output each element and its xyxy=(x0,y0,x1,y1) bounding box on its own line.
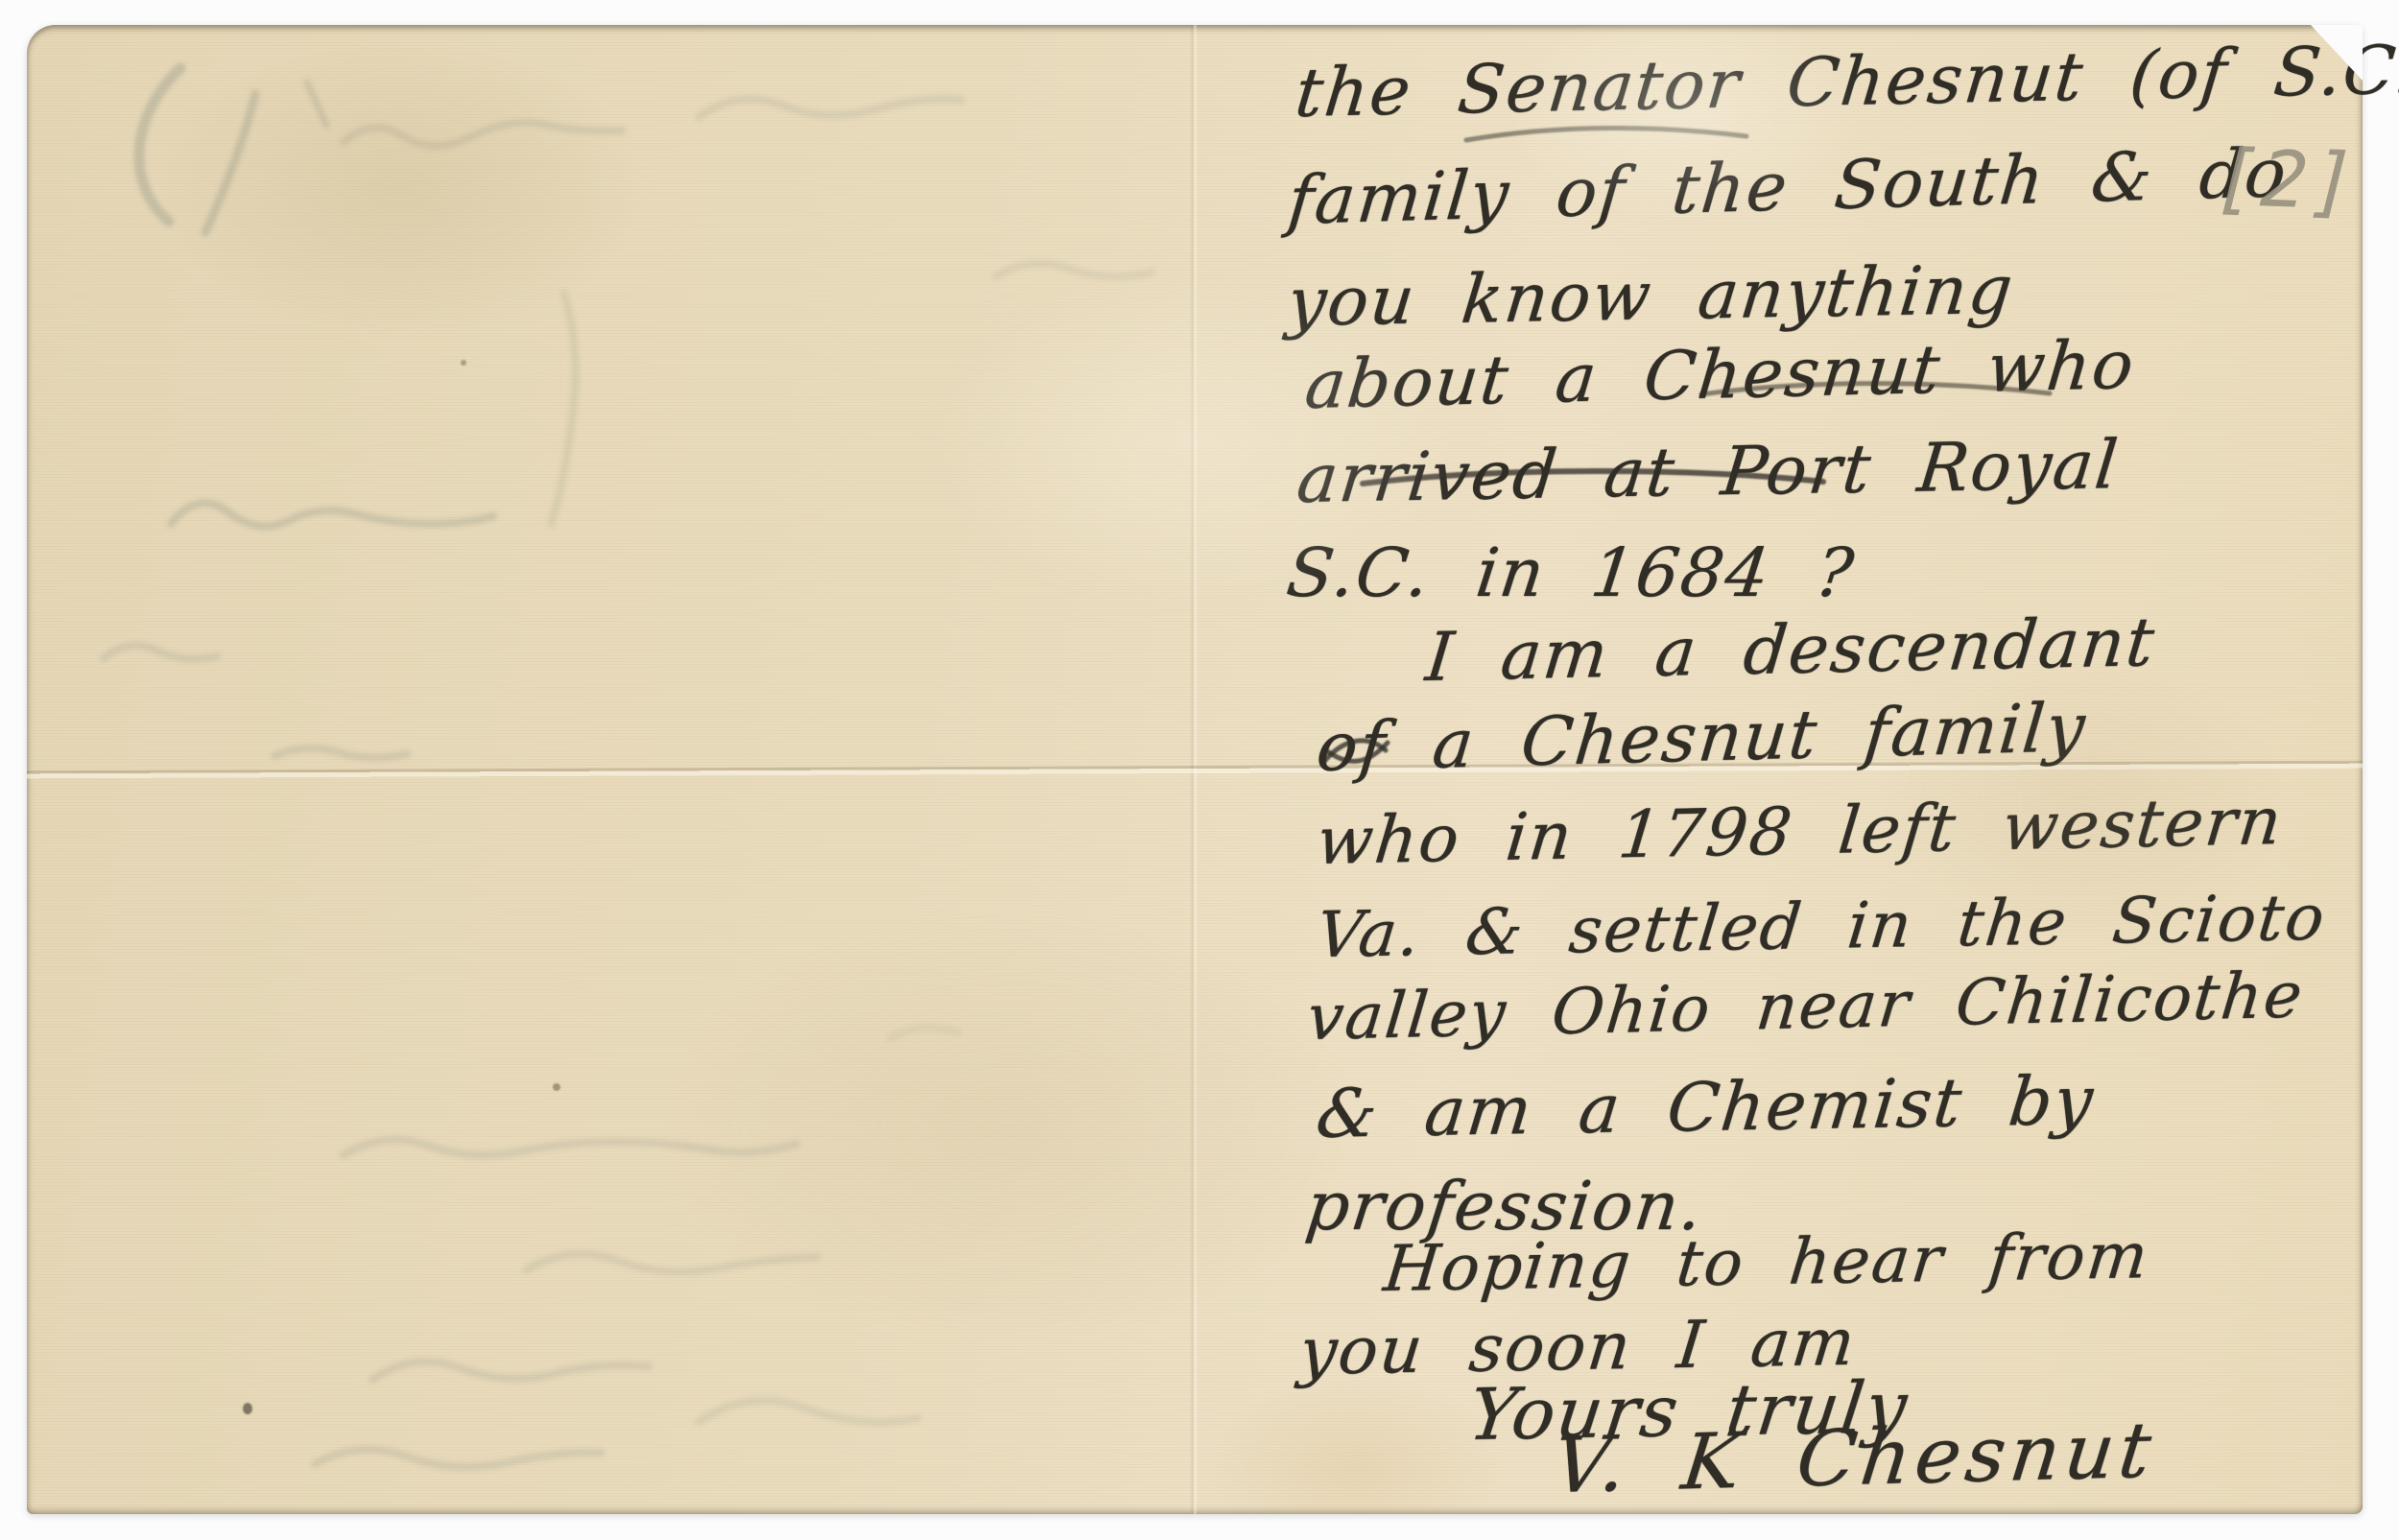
handwritten-line: valley Ohio near Chilicothe xyxy=(1304,964,2306,1050)
handwritten-line: Va. & settled in the Scioto xyxy=(1314,887,2329,967)
handwritten-line: who in 1798 left western xyxy=(1314,790,2286,875)
handwritten-line: the Senator Chesnut (of S.C.) xyxy=(1293,36,2399,127)
handwritten-line: & am a Chemist by xyxy=(1314,1067,2098,1148)
letter-scan: { "letter": { "page_number": "[2]", "lin… xyxy=(0,0,2399,1540)
page-number-pencil: [2] xyxy=(2216,140,2360,222)
signature-line: V. K Chesnut xyxy=(1550,1412,2159,1504)
handwritten-line: about a Chesnut who xyxy=(1302,331,2138,418)
handwritten-line: Hoping to hear from xyxy=(1381,1224,2152,1301)
letter-paper: the Senator Chesnut (of S.C.) family of … xyxy=(27,25,2363,1514)
handwritten-line: of a Chesnut family xyxy=(1314,694,2089,781)
handwritten-line: you know anything xyxy=(1285,256,2018,336)
handwritten-line: I am a descendant xyxy=(1423,608,2159,691)
handwritten-line: family of the South & do xyxy=(1285,139,2291,234)
handwritten-line: S.C. in 1684 ? xyxy=(1283,539,1859,606)
handwritten-line: arrived at Port Royal xyxy=(1295,431,2123,512)
